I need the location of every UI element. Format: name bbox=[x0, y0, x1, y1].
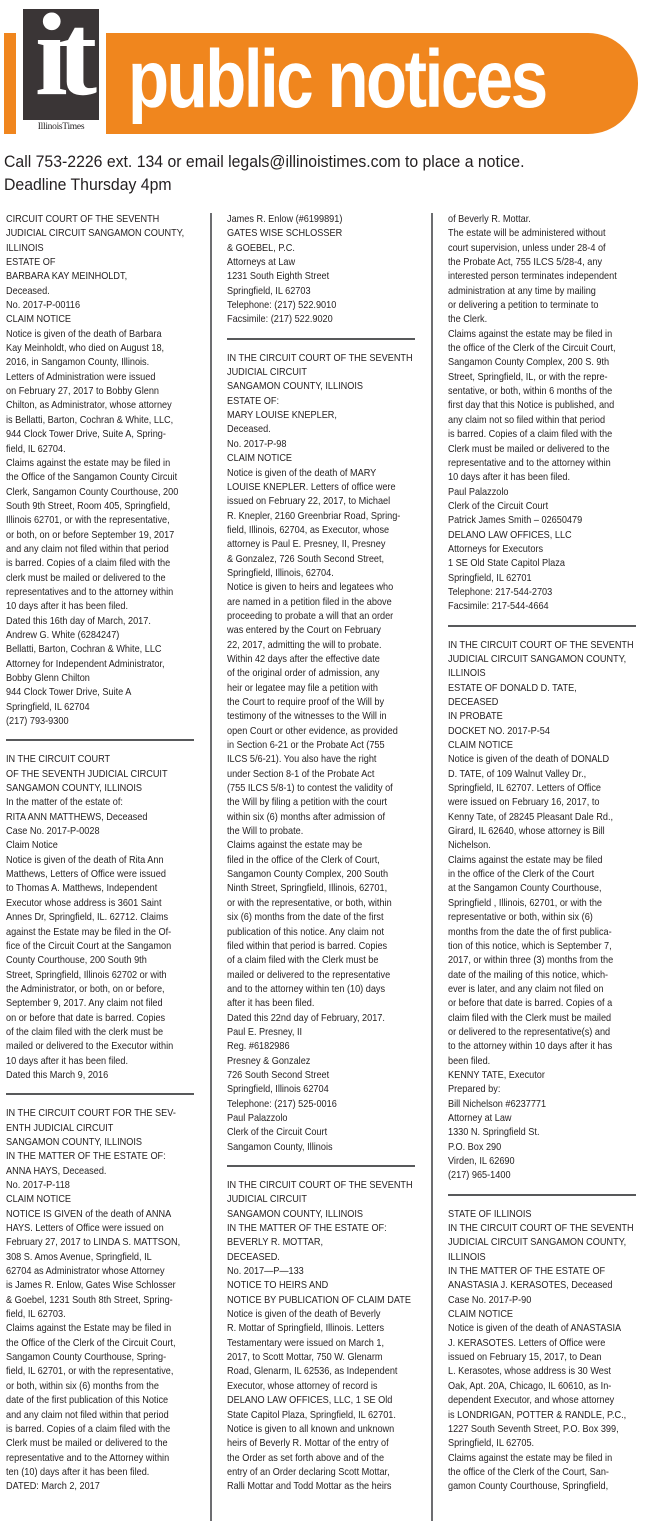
notice-line: Telephone: (217) 522.9010 bbox=[227, 299, 403, 313]
logo-letters: it bbox=[23, 9, 99, 115]
notice-line: field, IL 62701, or with the representat… bbox=[6, 1365, 182, 1379]
notice-line: Letters of Administration were issued bbox=[6, 371, 182, 385]
notice-line: Deceased. bbox=[6, 285, 182, 299]
notice-line: of the original order of admission, any bbox=[227, 667, 403, 681]
notice-line: in Section 6-21 or the Probate Act (755 bbox=[227, 739, 403, 753]
notice-line: ANNA HAYS, Deceased. bbox=[6, 1165, 182, 1179]
notice-line: Notice is given of the death of Barbara bbox=[6, 328, 182, 342]
notice-line: and to the attorney within ten (10) days bbox=[227, 983, 403, 997]
notice-line: (755 ILCS 5/8-1) to contest the validity… bbox=[227, 782, 403, 796]
notice-line: Clerk, Sangamon County Courthouse, 200 bbox=[6, 486, 182, 500]
notice-line: IN THE MATTER OF THE ESTATE OF: bbox=[227, 1222, 403, 1236]
section-banner: public notices bbox=[106, 33, 638, 134]
notice-line: clerk must be mailed or delivered to the bbox=[6, 572, 182, 586]
legal-notice: STATE OF ILLINOISIN THE CIRCUIT COURT OF… bbox=[448, 1208, 646, 1495]
notice-line: 62704 as Administrator whose Attorney bbox=[6, 1265, 182, 1279]
notice-line: CIRCUIT COURT OF THE SEVENTH bbox=[6, 213, 182, 227]
notice-line: Clerk of the Circuit Court bbox=[448, 500, 622, 514]
notice-line: Illinois 62701, or with the representati… bbox=[6, 514, 182, 528]
notice-line: 1330 N. Springfield St. bbox=[448, 1126, 622, 1140]
notice-line: Facsimile: (217) 522.9020 bbox=[227, 313, 403, 327]
notice-line: months from the date the of first public… bbox=[448, 926, 622, 940]
notice-line: 944 Clock Tower Drive, Suite A, Spring- bbox=[6, 428, 182, 442]
notice-line: Executor, whose attorney of record is bbox=[227, 1380, 403, 1394]
notice-separator bbox=[448, 1194, 636, 1196]
notice-line: No. 2017-P-118 bbox=[6, 1179, 182, 1193]
notice-line: L. Kerasotes, whose address is 30 West bbox=[448, 1365, 622, 1379]
notice-line: Girard, IL 62640, whose attorney is Bill bbox=[448, 825, 622, 839]
notice-line: 1 SE Old State Capitol Plaza bbox=[448, 557, 622, 571]
masthead: it IllinoisTimes public notices bbox=[0, 0, 646, 140]
notice-line: ESTATE OF DONALD D. TATE, bbox=[448, 682, 622, 696]
notice-line: Springfield, IL 62701 bbox=[448, 572, 622, 586]
notice-line: ILLINOIS bbox=[448, 667, 622, 681]
notice-line: ENTH JUDICIAL CIRCUIT bbox=[6, 1122, 182, 1136]
notice-line: Patrick James Smith – 02650479 bbox=[448, 514, 622, 528]
notice-line: Dated this March 9, 2016 bbox=[6, 1069, 182, 1083]
notice-line: P.O. Box 290 bbox=[448, 1141, 622, 1155]
notice-line: Claim Notice bbox=[6, 839, 182, 853]
section-title: public notices bbox=[128, 25, 546, 135]
notice-line: been filed. bbox=[448, 1055, 622, 1069]
notice-line: Claims against the estate may be filed bbox=[448, 854, 622, 868]
notice-line: IN THE CIRCUIT COURT OF THE SEVENTH bbox=[448, 639, 622, 653]
notice-line: Andrew G. White (6284247) bbox=[6, 629, 182, 643]
contact-line: Call 753-2226 ext. 134 or email legals@i… bbox=[4, 150, 524, 173]
illinois-times-logo: it bbox=[23, 9, 99, 126]
notice-line: the office of the Clerk of the Court, Sa… bbox=[448, 1466, 622, 1480]
notice-line: CLAIM NOTICE bbox=[448, 739, 622, 753]
notice-line: date of the first publication of this No… bbox=[6, 1394, 182, 1408]
notice-line: Annes Dr, Springfield, IL. 62712. Claims bbox=[6, 911, 182, 925]
notice-line: field, IL 62703. bbox=[6, 1308, 182, 1322]
notice-line: are named in a petition filed in the abo… bbox=[227, 596, 403, 610]
notice-line: Ninth Street, Springfield, Illinois, 627… bbox=[227, 882, 403, 896]
notice-line: field, Illinois, 62704, as Executor, who… bbox=[227, 524, 403, 538]
notice-line: Reg. #6182986 bbox=[227, 1040, 403, 1054]
notice-line: to Thomas A. Matthews, Independent bbox=[6, 882, 182, 896]
notice-line: to the attorney within 10 days after it … bbox=[448, 1040, 622, 1054]
notice-line: DATED: March 2, 2017 bbox=[6, 1480, 182, 1494]
notice-line: ILCS 5/6-21). You also have the right bbox=[227, 753, 403, 767]
notice-line: or before that date is barred. Copies of… bbox=[448, 997, 622, 1011]
notice-line: Clerk must be mailed or delivered to the bbox=[6, 1437, 182, 1451]
notice-line: No. 2017-P-98 bbox=[227, 438, 403, 452]
legal-notice: IN THE CIRCUIT COURT OF THE SEVENTHJUDIC… bbox=[227, 1179, 427, 1495]
notice-line: SANGAMON COUNTY, ILLINOIS bbox=[227, 380, 403, 394]
notice-line: sentative, or both, within 6 months of t… bbox=[448, 385, 622, 399]
notice-line: Claims against the estate may be filed i… bbox=[448, 328, 622, 342]
notice-line: ten (10) days after it has been filed. bbox=[6, 1466, 182, 1480]
notice-line: No. 2017—P—133 bbox=[227, 1265, 403, 1279]
notice-line: HAYS. Letters of Office were issued on bbox=[6, 1222, 182, 1236]
notice-line: Claims against the estate may be bbox=[227, 839, 403, 853]
notice-line: Springfield, IL 62707. Letters of Office bbox=[448, 782, 622, 796]
notice-line: mailed or delivered to the representativ… bbox=[227, 969, 403, 983]
notice-line: administration at any time by mailing bbox=[448, 285, 622, 299]
notice-line: 10 days after it has been filed. bbox=[6, 1055, 182, 1069]
notice-line: IN THE MATTER OF THE ESTATE OF: bbox=[6, 1150, 182, 1164]
notice-line: was entered by the Court on February bbox=[227, 624, 403, 638]
notice-line: of a claim filed with the Clerk must be bbox=[227, 954, 403, 968]
notice-line: heirs of Beverly R. Mottar of the entry … bbox=[227, 1437, 403, 1451]
notice-line: CLAIM NOTICE bbox=[6, 1193, 182, 1207]
notice-line: 10 days after it has been filed. bbox=[448, 471, 622, 485]
notice-line: D. TATE, of 109 Walnut Valley Dr., bbox=[448, 768, 622, 782]
notice-line: Attorney for Independent Administrator, bbox=[6, 658, 182, 672]
notice-line: 2017, or within three (3) months from th… bbox=[448, 954, 622, 968]
notice-line: BARBARA KAY MEINHOLDT, bbox=[6, 270, 182, 284]
notice-line: and any claim not filed within that peri… bbox=[6, 1409, 182, 1423]
notice-line: after it has been filed. bbox=[227, 997, 403, 1011]
notice-line: were issued on February 16, 2017, to bbox=[448, 796, 622, 810]
notice-line: or delivered to the representative(s) an… bbox=[448, 1026, 622, 1040]
notice-line: J. KERASOTES. Letters of Office were bbox=[448, 1337, 622, 1351]
column-divider bbox=[431, 213, 433, 1521]
notice-line: Testamentary were issued on March 1, bbox=[227, 1337, 403, 1351]
notice-line: Prepared by: bbox=[448, 1083, 622, 1097]
notice-line: proceeding to probate a will that an ord… bbox=[227, 610, 403, 624]
notice-line: GATES WISE SCHLOSSER bbox=[227, 227, 403, 241]
notice-line: testimony of the witnesses to the Will i… bbox=[227, 710, 403, 724]
notice-line: Springfield, Illinois, 62704. bbox=[227, 567, 403, 581]
notice-line: representative or both, within six (6) bbox=[448, 911, 622, 925]
notice-line: & Gonzalez, 726 South Second Street, bbox=[227, 553, 403, 567]
notice-line: ILLINOIS bbox=[448, 1251, 622, 1265]
notice-line: fice of the Circuit Court at the Sangamo… bbox=[6, 940, 182, 954]
notice-line: SANGAMON COUNTY, ILLINOIS bbox=[227, 1208, 403, 1222]
notice-line: Clerk of the Circuit Court bbox=[227, 1126, 403, 1140]
notice-line: Springfield, IL 62705. bbox=[448, 1437, 622, 1451]
notice-line: In the matter of the estate of: bbox=[6, 796, 182, 810]
notice-line: mailed or delivered to the Executor with… bbox=[6, 1040, 182, 1054]
notice-line: Sangamon County Courthouse, Spring- bbox=[6, 1351, 182, 1365]
notice-line: Notice is given of the death of DONALD bbox=[448, 753, 622, 767]
notice-line: Dated this 16th day of March, 2017. bbox=[6, 615, 182, 629]
notice-line: Sangamon County, Illinois bbox=[227, 1141, 403, 1155]
notice-line: Notice is given of the death of Rita Ann bbox=[6, 854, 182, 868]
column-divider bbox=[210, 213, 212, 1521]
notice-line: JUDICIAL CIRCUIT bbox=[227, 366, 403, 380]
column-2: James R. Enlow (#6199891)GATES WISE SCHL… bbox=[227, 213, 427, 1495]
notice-line: Bellatti, Barton, Cochran & White, LLC bbox=[6, 643, 182, 657]
notice-line: MARY LOUISE KNEPLER, bbox=[227, 409, 403, 423]
notice-line: in the office of the Clerk of the Court bbox=[448, 868, 622, 882]
notice-line: Bobby Glenn Chilton bbox=[6, 672, 182, 686]
logo-wordmark: IllinoisTimes bbox=[23, 120, 99, 134]
notice-line: Clerk must be mailed or delivered to the bbox=[448, 443, 622, 457]
notice-line: February 27, 2017 to LINDA S. MATTSON, bbox=[6, 1236, 182, 1250]
notice-line: ESTATE OF bbox=[6, 256, 182, 270]
notice-line: IN THE CIRCUIT COURT OF THE SEVENTH bbox=[227, 1179, 403, 1193]
notice-line: No. 2017-P-00116 bbox=[6, 299, 182, 313]
notice-line: 944 Clock Tower Drive, Suite A bbox=[6, 686, 182, 700]
notice-line: Notice is given to heirs and legatees wh… bbox=[227, 581, 403, 595]
notice-line: is barred. Copies of a claim filed with … bbox=[6, 557, 182, 571]
notice-line: or both, within six (6) months from the bbox=[6, 1380, 182, 1394]
notice-line: ANASTASIA J. KERASOTES, Deceased bbox=[448, 1279, 622, 1293]
notice-line: R. Mottar of Springfield, Illinois. Lett… bbox=[227, 1322, 403, 1336]
notice-line: R. Knepler, 2160 Greenbriar Road, Spring… bbox=[227, 510, 403, 524]
notice-line: first day that this Notice is published,… bbox=[448, 399, 622, 413]
legal-notice: IN THE CIRCUIT COURTOF THE SEVENTH JUDIC… bbox=[6, 753, 206, 1083]
notice-line: JUDICIAL CIRCUIT bbox=[227, 1193, 403, 1207]
notice-line: Claims against the estate may be filed i… bbox=[6, 457, 182, 471]
notice-line: Notice is given of the death of Beverly bbox=[227, 1308, 403, 1322]
notice-line: SANGAMON COUNTY, ILLINOIS bbox=[6, 1136, 182, 1150]
notice-line: at the Sangamon County Courthouse, bbox=[448, 882, 622, 896]
notice-line: is James R. Enlow, Gates Wise Schlosser bbox=[6, 1279, 182, 1293]
notice-line: filed within that period is barred. Copi… bbox=[227, 940, 403, 954]
notice-line: Attorney at Law bbox=[448, 1112, 622, 1126]
notice-line: gamon County Courthouse, Springfield, bbox=[448, 1480, 622, 1494]
notice-line: Street, Springfield, Illinois 62702 or w… bbox=[6, 969, 182, 983]
notice-line: CLAIM NOTICE bbox=[6, 313, 182, 327]
notice-line: dependent Executor, and whose attorney bbox=[448, 1394, 622, 1408]
notice-line: RITA ANN MATTHEWS, Deceased bbox=[6, 811, 182, 825]
notice-line: South 9th Street, Room 405, Springfield, bbox=[6, 500, 182, 514]
notice-line: JUDICIAL CIRCUIT SANGAMON COUNTY, bbox=[6, 227, 182, 241]
legal-notice: IN THE CIRCUIT COURT OF THE SEVENTHJUDIC… bbox=[448, 639, 646, 1184]
notice-separator bbox=[227, 1165, 415, 1167]
notice-line: Facsimile: 217-544-4664 bbox=[448, 600, 622, 614]
notice-line: on February 27, 2017 to Bobby Glenn bbox=[6, 385, 182, 399]
notice-line: Attorneys at Law bbox=[227, 256, 403, 270]
notice-line: Telephone: (217) 525-0016 bbox=[227, 1098, 403, 1112]
notice-line: NOTICE TO HEIRS AND bbox=[227, 1279, 403, 1293]
contact-info: Call 753-2226 ext. 134 or email legals@i… bbox=[4, 150, 564, 196]
notice-line: Nichelson. bbox=[448, 839, 622, 853]
notice-line: Attorneys for Executors bbox=[448, 543, 622, 557]
notice-line: publication of this notice. Any claim no… bbox=[227, 926, 403, 940]
notice-line: CLAIM NOTICE bbox=[448, 1308, 622, 1322]
notice-line: DECEASED bbox=[448, 696, 622, 710]
notice-line: Springfield, IL 62703 bbox=[227, 285, 403, 299]
notice-line: Virden, IL 62690 bbox=[448, 1155, 622, 1169]
notice-line: the Office of the Sangamon County Circui… bbox=[6, 471, 182, 485]
notice-line: Paul Palazzolo bbox=[227, 1112, 403, 1126]
notice-line: the office of the Clerk of the Circuit C… bbox=[448, 342, 622, 356]
notice-line: DECEASED. bbox=[227, 1251, 403, 1265]
legal-notice: IN THE CIRCUIT COURT FOR THE SEV-ENTH JU… bbox=[6, 1107, 206, 1494]
notice-line: under Section 8-1 of the Probate Act bbox=[227, 768, 403, 782]
notice-line: is LONDRIGAN, POTTER & RANDLE, P.C., bbox=[448, 1409, 622, 1423]
notice-line: County Courthouse, 200 South 9th bbox=[6, 954, 182, 968]
notice-line: NOTICE BY PUBLICATION OF CLAIM DATE bbox=[227, 1294, 403, 1308]
notice-line: IN THE CIRCUIT COURT bbox=[6, 753, 182, 767]
notice-line: Ralli Mottar and Todd Mottar as the heir… bbox=[227, 1480, 403, 1494]
notice-line: NOTICE IS GIVEN of the death of ANNA bbox=[6, 1208, 182, 1222]
notice-line: and any claim not filed within that peri… bbox=[6, 543, 182, 557]
notice-line: 2017, to Scott Mottar, 750 W. Glenarm bbox=[227, 1351, 403, 1365]
notice-line: IN THE CIRCUIT COURT FOR THE SEV- bbox=[6, 1107, 182, 1121]
notice-line: DELANO LAW OFFICES, LLC, 1 SE Old bbox=[227, 1394, 403, 1408]
notice-line: KENNY TATE, Executor bbox=[448, 1069, 622, 1083]
notice-line: IN THE CIRCUIT COURT OF THE SEVENTH bbox=[448, 1222, 622, 1236]
deadline-line: Deadline Thursday 4pm bbox=[4, 173, 524, 196]
notice-line: ever is later, and any claim not filed o… bbox=[448, 983, 622, 997]
notice-separator bbox=[6, 1093, 194, 1095]
notice-line: Oak, Apt. 20A, Chicago, IL 60610, as In- bbox=[448, 1380, 622, 1394]
notice-line: Matthews, Letters of Office were issued bbox=[6, 868, 182, 882]
notice-line: six (6) months from the date of the firs… bbox=[227, 911, 403, 925]
notice-line: 22, 2017, admitting the will to probate. bbox=[227, 639, 403, 653]
notice-line: & GOEBEL, P.C. bbox=[227, 242, 403, 256]
notice-line: representative and to the attorney withi… bbox=[448, 457, 622, 471]
notice-line: CLAIM NOTICE bbox=[227, 452, 403, 466]
notice-line: or with the representative, or both, wit… bbox=[227, 897, 403, 911]
notice-line: ESTATE OF: bbox=[227, 395, 403, 409]
notice-line: Chilton, as Administrator, whose attorne… bbox=[6, 399, 182, 413]
accent-bar bbox=[4, 33, 16, 134]
notice-line: September 9, 2017. Any claim not filed bbox=[6, 997, 182, 1011]
notice-line: the Order as set forth above and of the bbox=[227, 1452, 403, 1466]
notice-line: issued on February 22, 2017, to Michael bbox=[227, 495, 403, 509]
notice-line: open Court or other evidence, as provide… bbox=[227, 725, 403, 739]
notice-line: The estate will be administered without bbox=[448, 227, 622, 241]
notice-line: any claim not so filed within that perio… bbox=[448, 414, 622, 428]
notice-line: the Will by filing a petition with the c… bbox=[227, 796, 403, 810]
notice-line: or delivering a petition to terminate to bbox=[448, 299, 622, 313]
notice-line: is barred. Copies of a claim filed with … bbox=[6, 1423, 182, 1437]
notice-line: BEVERLY R. MOTTAR, bbox=[227, 1236, 403, 1250]
notice-line: filed in the office of the Clerk of Cour… bbox=[227, 854, 403, 868]
notice-line: the Court to require proof of the Will b… bbox=[227, 696, 403, 710]
notice-line: Telephone: 217-544-2703 bbox=[448, 586, 622, 600]
notice-separator bbox=[6, 739, 194, 741]
notice-line: Case No. 2017-P-0028 bbox=[6, 825, 182, 839]
notice-line: IN PROBATE bbox=[448, 710, 622, 724]
notice-line: Kay Meinholdt, who died on August 18, bbox=[6, 342, 182, 356]
notice-line: representative and to the Attorney withi… bbox=[6, 1452, 182, 1466]
notice-line: SANGAMON COUNTY, ILLINOIS bbox=[6, 782, 182, 796]
column-3: of Beverly R. Mottar.The estate will be … bbox=[448, 213, 646, 1495]
legal-notice: IN THE CIRCUIT COURT OF THE SEVENTHJUDIC… bbox=[227, 352, 427, 1155]
notice-line: (217) 965-1400 bbox=[448, 1169, 622, 1183]
notice-line: heir or legatee may file a petition with bbox=[227, 682, 403, 696]
notice-line: JUDICIAL CIRCUIT SANGAMON COUNTY, bbox=[448, 1236, 622, 1250]
notice-line: Within 42 days after the effective date bbox=[227, 653, 403, 667]
notice-line: ILLINOIS bbox=[6, 242, 182, 256]
notice-line: Claims against the Estate may be filed i… bbox=[6, 1322, 182, 1336]
notice-line: Notice is given of the death of MARY bbox=[227, 467, 403, 481]
notice-line: 2016, in Sangamon County, Illinois. bbox=[6, 356, 182, 370]
notice-line: the Will to probate. bbox=[227, 825, 403, 839]
notice-line: 308 S. Amos Avenue, Springfield, IL bbox=[6, 1251, 182, 1265]
notice-line: tion of this notice, which is September … bbox=[448, 940, 622, 954]
notice-line: STATE OF ILLINOIS bbox=[448, 1208, 622, 1222]
notice-line: & Goebel, 1231 South 8th Street, Spring- bbox=[6, 1294, 182, 1308]
notice-line: or both, on or before September 19, 2017 bbox=[6, 529, 182, 543]
notice-line: interested person terminates independent bbox=[448, 270, 622, 284]
notice-line: 10 days after it has been filed. bbox=[6, 600, 182, 614]
notice-line: Claims against the estate may be filed i… bbox=[448, 1452, 622, 1466]
notice-line: issued on February 15, 2017, to Dean bbox=[448, 1351, 622, 1365]
notice-line: Executor whose address is 3601 Saint bbox=[6, 897, 182, 911]
notice-line: court supervision, unless under 28-4 of bbox=[448, 242, 622, 256]
notice-line: 1227 South Seventh Street, P.O. Box 399, bbox=[448, 1423, 622, 1437]
notice-line: the Administrator, or both, on or before… bbox=[6, 983, 182, 997]
notice-line: Dated this 22nd day of February, 2017. bbox=[227, 1012, 403, 1026]
notice-line: Presney & Gonzalez bbox=[227, 1055, 403, 1069]
notice-line: DOCKET NO. 2017-P-54 bbox=[448, 725, 622, 739]
notice-line: is Bellatti, Barton, Cochran & White, LL… bbox=[6, 414, 182, 428]
notice-line: Springfield , Illinois, 62701, or with t… bbox=[448, 897, 622, 911]
notice-line: Sangamon County Complex, 200 South bbox=[227, 868, 403, 882]
notice-line: is barred. Copies of a claim filed with … bbox=[448, 428, 622, 442]
notice-line: DELANO LAW OFFICES, LLC bbox=[448, 529, 622, 543]
notice-line: on or before that date is barred. Copies bbox=[6, 1012, 182, 1026]
column-1: CIRCUIT COURT OF THE SEVENTHJUDICIAL CIR… bbox=[6, 213, 206, 1495]
notice-line: Kenny Tate, of 28245 Pleasant Dale Rd., bbox=[448, 811, 622, 825]
notice-line: of the claim filed with the clerk must b… bbox=[6, 1026, 182, 1040]
notice-line: Notice is given of the death of ANASTASI… bbox=[448, 1322, 622, 1336]
notice-line: Paul E. Presney, II bbox=[227, 1026, 403, 1040]
notice-line: Road, Glenarm, IL 62536, as Independent bbox=[227, 1365, 403, 1379]
notice-line: the Clerk. bbox=[448, 313, 622, 327]
legal-notice: James R. Enlow (#6199891)GATES WISE SCHL… bbox=[227, 213, 427, 328]
notice-line: JUDICIAL CIRCUIT SANGAMON COUNTY, bbox=[448, 653, 622, 667]
legal-notice: CIRCUIT COURT OF THE SEVENTHJUDICIAL CIR… bbox=[6, 213, 206, 729]
notice-line: Sangamon County Complex, 200 S. 9th bbox=[448, 356, 622, 370]
notice-separator bbox=[448, 625, 636, 627]
notice-line: (217) 793-9300 bbox=[6, 715, 182, 729]
legal-notice: of Beverly R. Mottar.The estate will be … bbox=[448, 213, 646, 615]
notice-separator bbox=[227, 338, 415, 340]
notice-line: Springfield, Illinois 62704 bbox=[227, 1083, 403, 1097]
notice-line: Springfield, IL 62704 bbox=[6, 701, 182, 715]
notice-line: Paul Palazzolo bbox=[448, 486, 622, 500]
notice-line: Bill Nichelson #6237771 bbox=[448, 1098, 622, 1112]
notice-line: the Office of the Clerk of the Circuit C… bbox=[6, 1337, 182, 1351]
notice-line: 726 South Second Street bbox=[227, 1069, 403, 1083]
notice-line: Deceased. bbox=[227, 423, 403, 437]
notice-line: OF THE SEVENTH JUDICIAL CIRCUIT bbox=[6, 768, 182, 782]
notice-line: of Beverly R. Mottar. bbox=[448, 213, 622, 227]
notice-line: attorney is Paul E. Presney, II, Presney bbox=[227, 538, 403, 552]
notice-line: field, IL 62704. bbox=[6, 443, 182, 457]
notice-line: Street, Springfield, IL, or with the rep… bbox=[448, 371, 622, 385]
notice-line: LOUISE KNEPLER. Letters of office were bbox=[227, 481, 403, 495]
notice-line: Case No. 2017-P-90 bbox=[448, 1294, 622, 1308]
notice-line: date of the mailing of this notice, whic… bbox=[448, 969, 622, 983]
notice-line: 1231 South Eighth Street bbox=[227, 270, 403, 284]
notice-line: the Probate Act, 755 ILCS 5/28-4, any bbox=[448, 256, 622, 270]
notice-line: James R. Enlow (#6199891) bbox=[227, 213, 403, 227]
notice-line: IN THE CIRCUIT COURT OF THE SEVENTH bbox=[227, 352, 403, 366]
notice-line: against the Estate may be filed in the O… bbox=[6, 926, 182, 940]
notice-line: claim filed with the Clerk must be maile… bbox=[448, 1012, 622, 1026]
notice-line: representatives and to the attorney with… bbox=[6, 586, 182, 600]
notice-line: within six (6) months after admission of bbox=[227, 811, 403, 825]
notice-line: IN THE MATTER OF THE ESTATE OF bbox=[448, 1265, 622, 1279]
notice-line: entry of an Order declaring Scott Mottar… bbox=[227, 1466, 403, 1480]
notice-line: State Capitol Plaza, Springfield, IL 627… bbox=[227, 1409, 403, 1423]
notice-line: Notice is given to all known and unknown bbox=[227, 1423, 403, 1437]
